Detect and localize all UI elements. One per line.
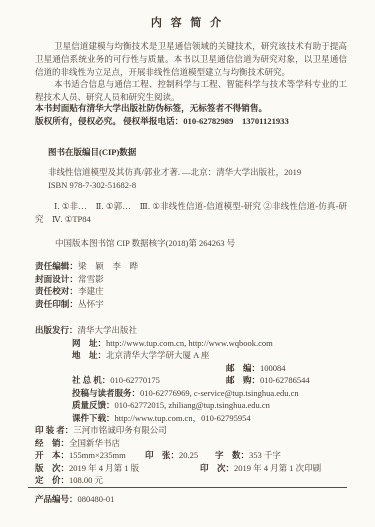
postcode-row: 邮 编：100084 xyxy=(35,362,350,375)
cip-block: 图书在版编目(CIP)数据 非线性信道模型及其仿真/郭业才著. —北京：清华大学… xyxy=(35,146,347,250)
cip-classification: Ⅰ. ①非… Ⅱ. ①郭… Ⅲ. ①非线性信道-信道模型-研究 ②非线性信道-仿… xyxy=(35,200,347,226)
reader-service-value: 010-62776969, c-service@tup.tsinghua.edu… xyxy=(140,388,299,398)
anti-piracy-notice: 本书封面贴有清华大学出版社防伪标签，无标签者不得销售。 版权所有，侵权必究。 侵… xyxy=(35,102,350,128)
publisher-label: 出版发行： xyxy=(35,325,78,335)
distributor-label: 经 销： xyxy=(35,438,69,448)
address-row: 地 址：北京清华大学学研大厦 A 座 xyxy=(35,349,350,362)
words-label: 字 数： xyxy=(215,450,249,460)
sheets-label: 印 张： xyxy=(145,450,179,460)
quality-feedback-label: 质量反馈： xyxy=(72,400,115,410)
intro-paragraph-2: 本书适合信息与通信工程、控制科学与工程、智能科学与技术等学科专业的工程技术人员、… xyxy=(35,78,347,104)
credit-value: 常雪影 xyxy=(78,274,104,284)
cip-entry: 非线性信道模型及其仿真/郭业才著. —北京：清华大学出版社，2019 xyxy=(35,166,347,179)
address-value: 北京清华大学学研大厦 A 座 xyxy=(106,350,209,360)
notice-line-2: 版权所有，侵权必究。 侵权举报电话：010-62782989 137011219… xyxy=(35,115,350,128)
impression-label: 印 次： xyxy=(200,463,234,473)
reader-service-row: 投稿与读者服务：010-62776969, c-service@tup.tsin… xyxy=(35,387,350,400)
website-value: http://www.tup.com.cn, http://www.wqbook… xyxy=(106,338,273,348)
switchboard-row: 社 总 机：010-62770175 邮 购：010-62786544 xyxy=(35,374,350,387)
cip-record-number: 中国版本图书馆 CIP 数据核字(2018)第 264263 号 xyxy=(35,237,347,250)
edition-row: 版 次：2019 年 4 月第 1 版 印 次：2019 年 4 月第 1 次印… xyxy=(35,462,350,475)
impression-value: 2019 年 4 月第 1 次印刷 xyxy=(234,463,321,473)
price-value: 108.00 元 xyxy=(69,475,103,485)
credit-label: 责任印制： xyxy=(35,299,78,309)
price-row: 定 价：108.00 元 xyxy=(35,474,350,487)
courseware-row: 课件下载：http://www.tup.com.cn，010-62795954 xyxy=(35,412,350,425)
product-number-row: 产品编号：080480-01 xyxy=(35,493,114,505)
credit-label: 责任编辑： xyxy=(35,261,78,271)
distributor-row: 经 销：全国新华书店 xyxy=(35,437,350,450)
reader-service-label: 投稿与读者服务： xyxy=(72,388,140,398)
format-row: 开 本：155mm×235mm 印 张：20.25 字 数：353 千字 xyxy=(35,449,350,462)
divider-line xyxy=(28,487,347,488)
format-label: 开 本： xyxy=(35,450,69,460)
edition-value: 2019 年 4 月第 1 版 xyxy=(69,463,139,473)
mailorder-value: 010-62786544 xyxy=(260,375,310,385)
distributor-value: 全国新华书店 xyxy=(69,438,120,448)
credit-label: 封面设计： xyxy=(35,274,78,284)
notice-line-1: 本书封面贴有清华大学出版社防伪标签，无标签者不得销售。 xyxy=(35,102,350,115)
copyright-page: 内 容 简 介 卫星信道建模与均衡技术是卫星通信领域的关键技术，研究该技术有助于… xyxy=(0,0,375,527)
mailorder-label: 邮 购： xyxy=(226,375,260,385)
credit-row-print-supervisor: 责任印制：丛怀宇 xyxy=(35,298,347,311)
switchboard-value: 010-62770175 xyxy=(110,375,160,385)
credit-value: 丛怀宇 xyxy=(78,299,104,309)
printer-label: 印 装 者： xyxy=(35,425,73,435)
postcode-value: 100084 xyxy=(260,363,286,373)
quality-feedback-value: 010-62772015, zhiliang@tup.tsinghua.edu.… xyxy=(115,400,270,410)
credit-row-editor: 责任编辑：梁 颖 李 晔 xyxy=(35,260,347,273)
printer-value: 三河市铭诚印务有限公司 xyxy=(73,425,167,435)
courseware-value: http://www.tup.com.cn，010-62795954 xyxy=(115,413,251,423)
intro-block: 卫星信道建模与均衡技术是卫星通信领域的关键技术，研究该技术有助于提高卫星通信系统… xyxy=(35,40,347,104)
website-label: 网 址： xyxy=(72,338,106,348)
sheets-value: 20.25 xyxy=(179,450,198,460)
credit-row-cover-design: 封面设计：常雪影 xyxy=(35,273,347,286)
quality-feedback-row: 质量反馈：010-62772015, zhiliang@tup.tsinghua… xyxy=(35,399,350,412)
credit-value: 李建庄 xyxy=(78,286,104,296)
edition-label: 版 次： xyxy=(35,463,69,473)
address-label: 地 址： xyxy=(72,350,106,360)
cip-isbn: ISBN 978-7-302-51682-8 xyxy=(35,179,347,192)
price-label: 定 价： xyxy=(35,475,69,485)
format-value: 155mm×235mm xyxy=(69,450,126,460)
colophon-block: 出版发行：清华大学出版社 网 址：http://www.tup.com.cn, … xyxy=(35,324,350,487)
credits-block: 责任编辑：梁 颖 李 晔 封面设计：常雪影 责任校对：李建庄 责任印制：丛怀宇 xyxy=(35,260,347,310)
courseware-label: 课件下载： xyxy=(72,413,115,423)
credit-row-proofreader: 责任校对：李建庄 xyxy=(35,285,347,298)
printer-row: 印 装 者：三河市铭诚印务有限公司 xyxy=(35,424,350,437)
credit-value: 梁 颖 李 晔 xyxy=(78,261,138,271)
postcode-label: 邮 编： xyxy=(226,363,260,373)
cip-heading: 图书在版编目(CIP)数据 xyxy=(35,146,347,159)
credit-label: 责任校对： xyxy=(35,286,78,296)
section-title: 内 容 简 介 xyxy=(0,14,375,30)
intro-paragraph-1: 卫星信道建模与均衡技术是卫星通信领域的关键技术，研究该技术有助于提高卫星通信系统… xyxy=(35,40,347,78)
words-value: 353 千字 xyxy=(249,450,281,460)
website-row: 网 址：http://www.tup.com.cn, http://www.wq… xyxy=(35,337,350,350)
switchboard-label: 社 总 机： xyxy=(72,375,110,385)
product-number-label: 产品编号： xyxy=(35,494,78,504)
product-number-value: 080480-01 xyxy=(78,494,115,504)
publisher-name: 清华大学出版社 xyxy=(78,325,138,335)
publisher-row: 出版发行：清华大学出版社 xyxy=(35,324,350,337)
